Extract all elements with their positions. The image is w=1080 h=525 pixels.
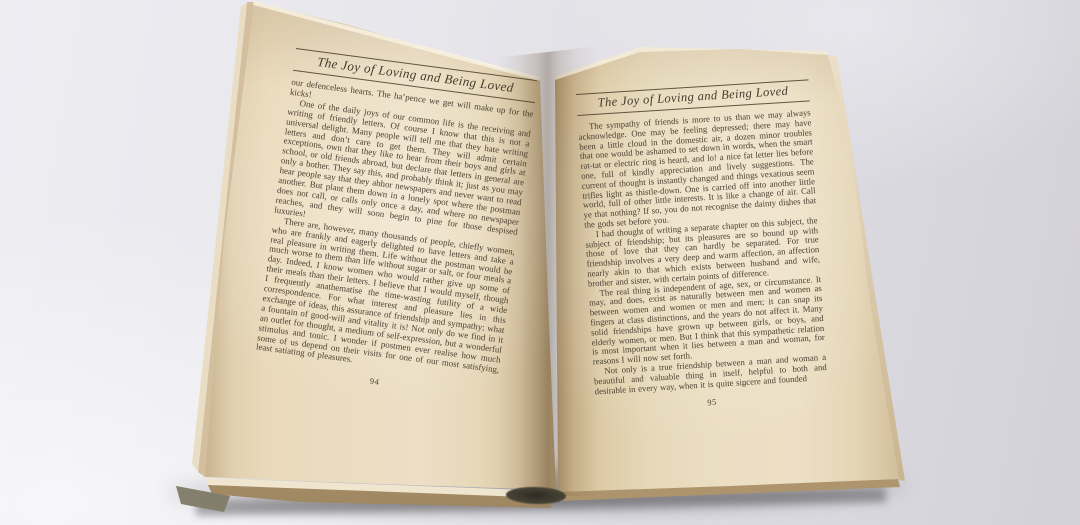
paragraph: There are, however, many thousands of pe… — [255, 215, 515, 385]
right-page-content: The Joy of Loving and Being Loved The sy… — [576, 79, 829, 414]
left-page-body: our defenceless hearts. The ha’pence we … — [255, 78, 534, 385]
foxing-spot — [787, 204, 790, 206]
foxing-spot — [468, 182, 470, 184]
spine-gutter-shadow — [0, 0, 1080, 525]
right-page-body: The sympathy of friends is more to us th… — [578, 108, 828, 396]
book-photo: The Joy of Loving and Being Loved our de… — [0, 0, 1080, 525]
foxing-spot — [742, 384, 746, 387]
paragraph: The sympathy of friends is more to us th… — [578, 108, 817, 230]
